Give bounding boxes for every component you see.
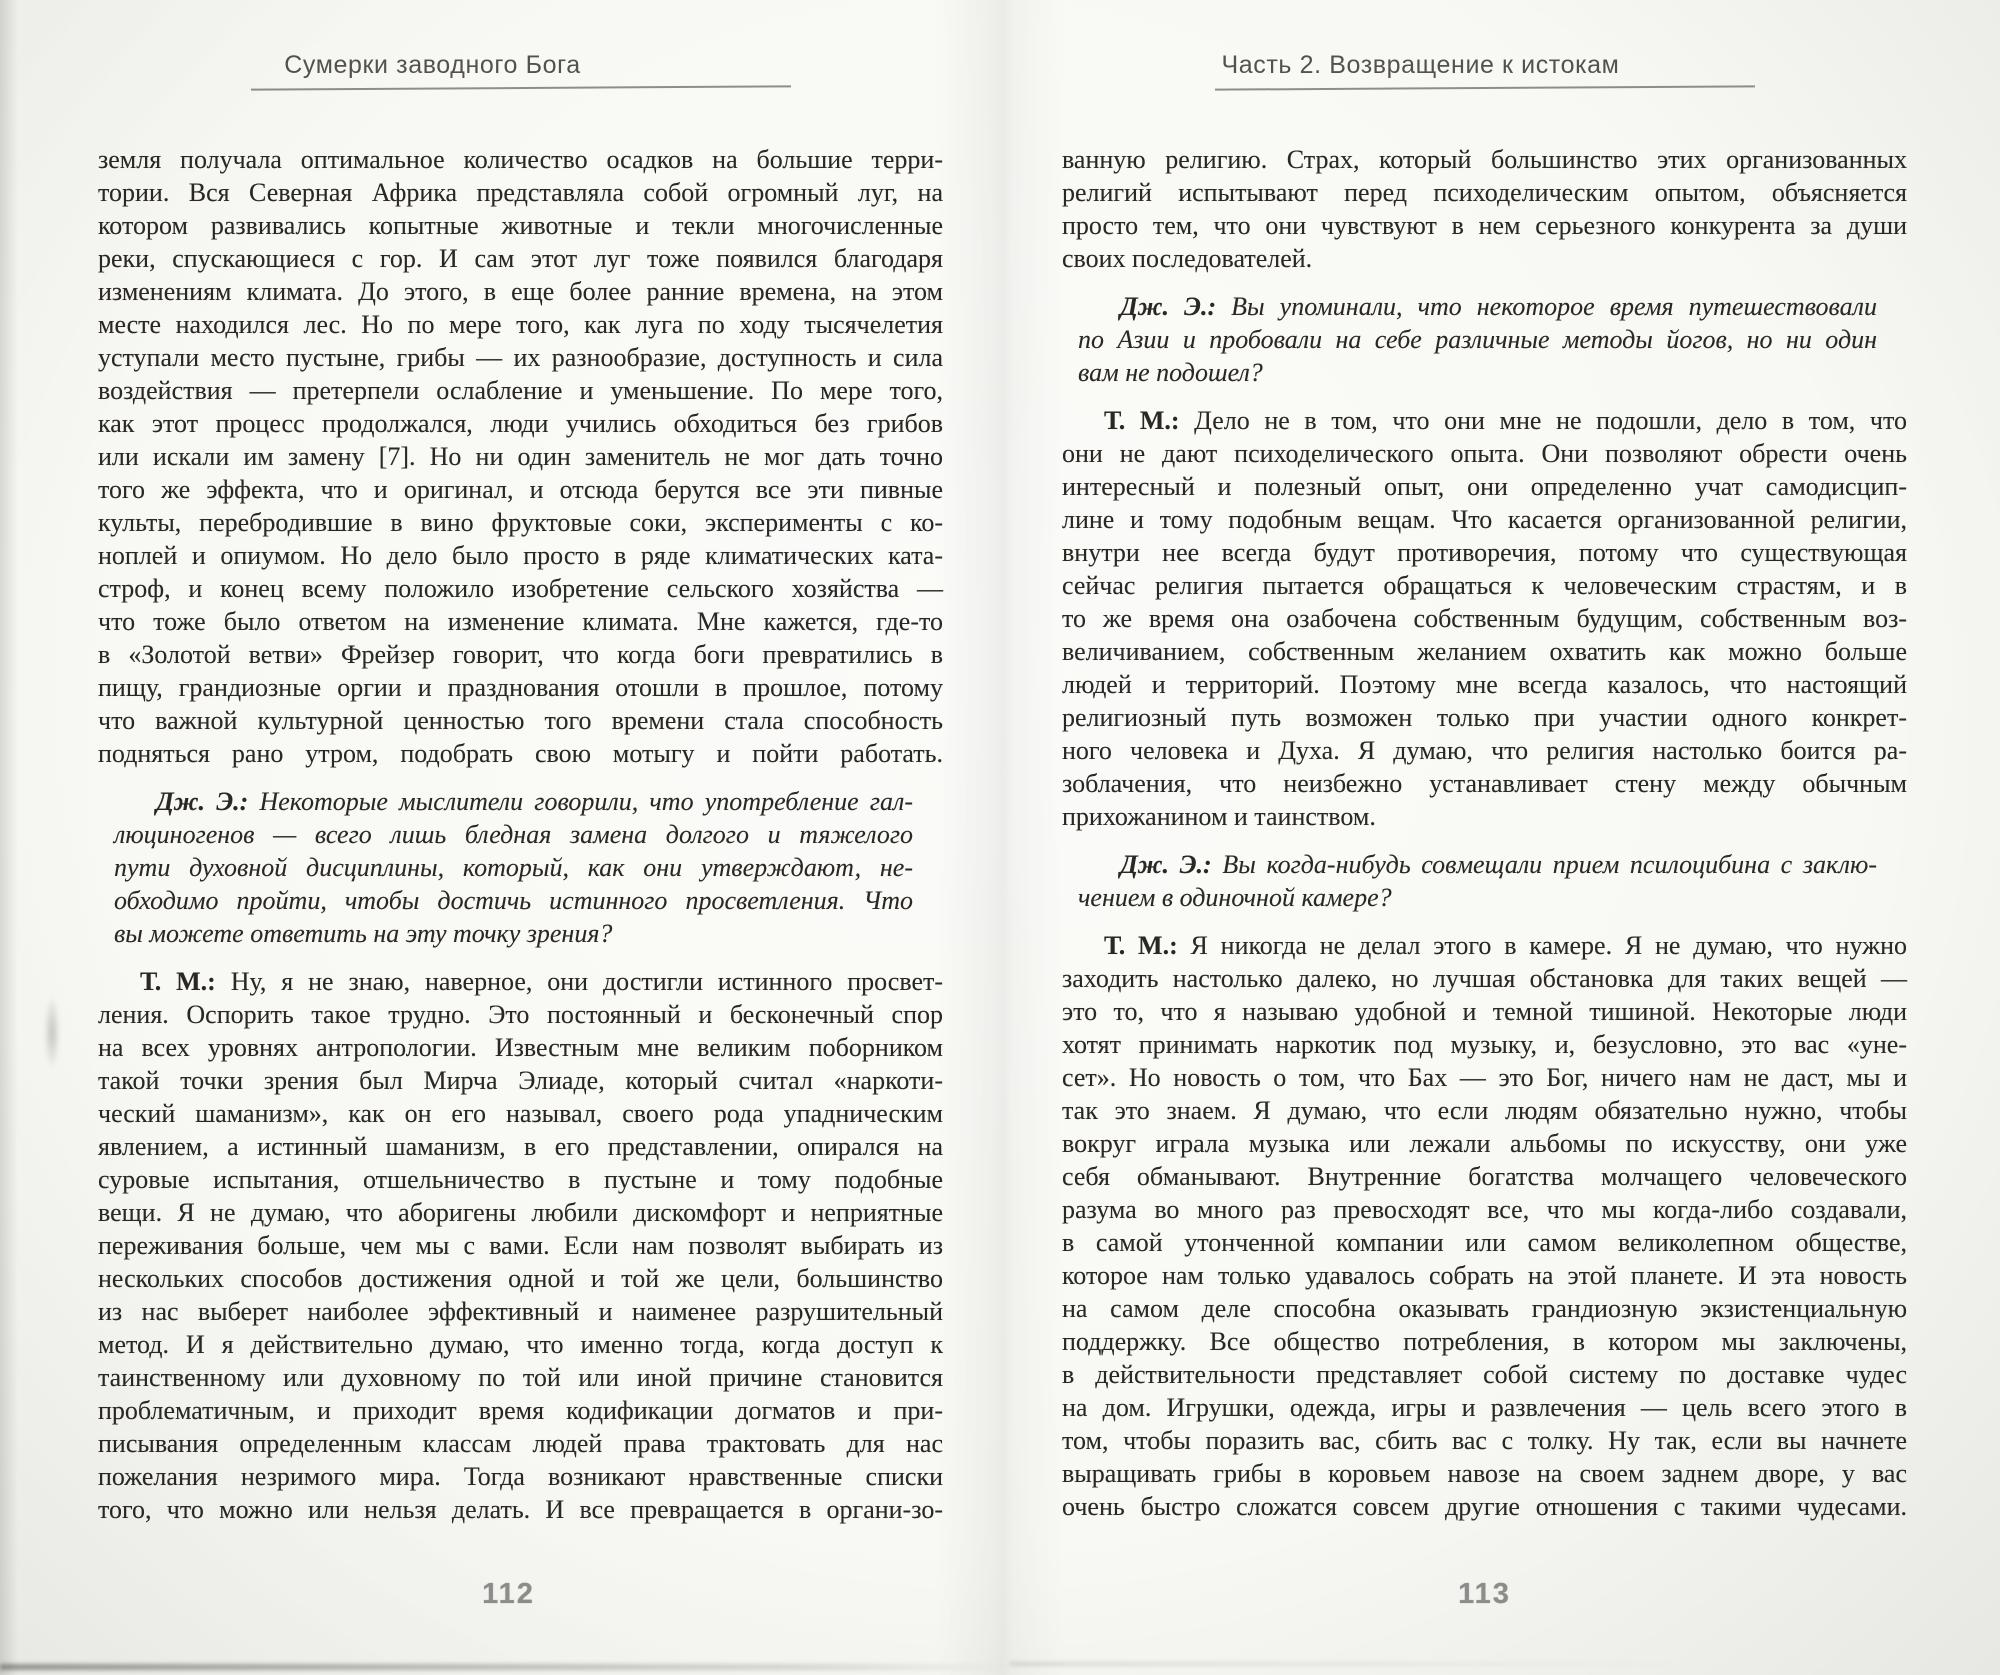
text-line: зоблачения, что неизбежно устанавливает … [1062, 767, 1907, 800]
text-line: они не дают психоделического опыта. Они … [1062, 437, 1907, 470]
text-line: Т. М.: Ну, я не знаю, наверное, они дост… [98, 965, 943, 998]
text-line: по Азии и пробовали на себе различные ме… [1078, 323, 1877, 356]
text-line: это то, что я называю удобной и темной т… [1062, 995, 1907, 1028]
text-line: земля получала оптимальное количество ос… [98, 143, 943, 176]
right-header-title: Часть 2. Возвращение к истокам [998, 50, 1843, 80]
left-header-rule [250, 85, 790, 90]
text-line: заходить настолько далеко, но лучшая обс… [1062, 962, 1907, 995]
text-line: тории. Вся Северная Африка представляла … [98, 176, 943, 209]
text-line: ноплей и опиумом. Но дело было просто в … [98, 539, 943, 572]
text-line: разума во много раз превосходят все, что… [1062, 1193, 1907, 1226]
text-line: что важной культурной ценностью того вре… [98, 704, 943, 737]
text-line: людей и территорий. Поэтому мне всегда к… [1062, 668, 1907, 701]
text-line: ванную религию. Страх, который большинст… [1062, 143, 1907, 176]
left-page: Сумерки заводного Бога земля получала оп… [0, 0, 1000, 1675]
left-page-number: 112 [86, 1578, 931, 1611]
page-gutter-shadow [935, 0, 1065, 1675]
scan-smudge [44, 995, 60, 1070]
text-line: месте находился лес. Но по мере того, ка… [98, 308, 943, 341]
text-line: проблематичным, и приходит время кодифик… [98, 1394, 943, 1427]
text-line: переживания больше, чем мы с вами. Если … [98, 1229, 943, 1262]
text-line: как этот процесс продолжался, люди учили… [98, 407, 943, 440]
right-page: Часть 2. Возвращение к истокам ванную ре… [1000, 0, 2000, 1675]
text-line: что тоже было ответом на изменение клима… [98, 605, 943, 638]
interviewer-paragraph: Дж. Э.: Некоторые мыслители говорили, чт… [114, 785, 913, 950]
text-line: вещи. Я не думаю, что аборигены любили д… [98, 1196, 943, 1229]
text-line: Т. М.: Дело не в том, что они мне не под… [1062, 404, 1907, 437]
interviewer-paragraph: Дж. Э.: Вы упоминали, что некоторое врем… [1078, 290, 1877, 389]
text-line: интересный и полезный опыт, они определе… [1062, 470, 1907, 503]
text-line: лине и тому подобным вещам. Что касается… [1062, 503, 1907, 536]
interviewer-paragraph: Дж. Э.: Вы когда-нибудь совмещали прием … [1078, 848, 1877, 914]
bottom-book-shadow-right [1010, 1662, 1970, 1666]
right-header-rule [1214, 85, 1754, 90]
text-line: в самой утонченной компании или самом ве… [1062, 1226, 1907, 1259]
text-line: того же эффекта, что и оригинал, и отсюд… [98, 473, 943, 506]
text-line: воздействия — претерпели ослабление и ум… [98, 374, 943, 407]
speaker-label: Дж. Э.: [1120, 292, 1216, 321]
text-line: суровые испытания, отшельничество в пуст… [98, 1163, 943, 1196]
text-line: то же время она озабочена собственным бу… [1062, 602, 1907, 635]
left-running-header: Сумерки заводного Бога [98, 50, 943, 89]
text-line: или искали им замену [7]. Но ни один зам… [98, 440, 943, 473]
book-spread: Сумерки заводного Бога земля получала оп… [0, 0, 2000, 1675]
text-line: в действительности представляет собой си… [1062, 1358, 1907, 1391]
text-line: просто тем, что они чувствуют в нем серь… [1062, 209, 1907, 242]
text-line: Дж. Э.: Вы когда-нибудь совмещали прием … [1078, 848, 1877, 881]
text-line: сейчас религия пытается обращаться к чел… [1062, 569, 1907, 602]
text-line: вы можете ответить на эту точку зрения? [114, 917, 913, 950]
left-text-column: земля получала оптимальное количество ос… [98, 143, 943, 1526]
speaker-label: Т. М.: [1104, 406, 1180, 435]
text-line: котором развивались копытные животные и … [98, 209, 943, 242]
answer-paragraph: Т. М.: Ну, я не знаю, наверное, они дост… [98, 965, 943, 1526]
text-line: обходимо пройти, чтобы достичь истинного… [114, 884, 913, 917]
text-line: подняться рано утром, подобрать свою мот… [98, 737, 943, 770]
text-line: прихожанином и таинством. [1062, 800, 1907, 833]
text-line: Т. М.: Я никогда не делал этого в камере… [1062, 929, 1907, 962]
speaker-label: Т. М.: [1104, 931, 1178, 960]
body-paragraph: ванную религию. Страх, который большинст… [1062, 143, 1907, 275]
text-line: того, что можно или нельзя делать. И все… [98, 1493, 943, 1526]
answer-paragraph: Т. М.: Дело не в том, что они мне не под… [1062, 404, 1907, 833]
text-line: внутри нее всегда будут противоречия, по… [1062, 536, 1907, 569]
text-line: пищу, грандиозные оргии и празднования о… [98, 671, 943, 704]
right-running-header: Часть 2. Возвращение к истокам [1062, 50, 1907, 89]
text-line: в «Золотой ветви» Фрейзер говорит, что к… [98, 638, 943, 671]
text-line: ления. Оспорить такое трудно. Это постоя… [98, 998, 943, 1031]
text-line: сет». Но новость о том, что Бах — это Бо… [1062, 1061, 1907, 1094]
text-line: так это знаем. Я думаю, что если людям о… [1062, 1094, 1907, 1127]
text-line: реки, спускающиеся с гор. И сам этот луг… [98, 242, 943, 275]
text-line: вокруг играла музыка или лежали альбомы … [1062, 1127, 1907, 1160]
text-line: люциногенов — всего лишь бледная замена … [114, 818, 913, 851]
text-line: очень быстро сложатся совсем другие отно… [1062, 1490, 1907, 1523]
text-line: хотят принимать наркотик под музыку, и, … [1062, 1028, 1907, 1061]
text-line: Дж. Э.: Некоторые мыслители говорили, чт… [114, 785, 913, 818]
text-line: которое нам только удавалось собрать на … [1062, 1259, 1907, 1292]
speaker-label: Т. М.: [140, 967, 216, 996]
text-line: выращивать грибы в коровьем навозе на св… [1062, 1457, 1907, 1490]
text-line: из нас выберет наиболее эффективный и на… [98, 1295, 943, 1328]
text-line: изменениям климата. До этого, в еще боле… [98, 275, 943, 308]
text-line: строф, и конец всему положило изобретени… [98, 572, 943, 605]
text-line: пожелания незримого мира. Тогда возникаю… [98, 1460, 943, 1493]
speaker-label: Дж. Э.: [1120, 850, 1212, 879]
text-line: явлением, а истинный шаманизм, в его пре… [98, 1130, 943, 1163]
text-line: на всех уровнях антропологии. Известным … [98, 1031, 943, 1064]
text-line: ческий шаманизм», как он его называл, св… [98, 1097, 943, 1130]
text-line: своих последователей. [1062, 242, 1907, 275]
text-line: на самом деле способна оказывать грандио… [1062, 1292, 1907, 1325]
right-text-column: ванную религию. Страх, который большинст… [1062, 143, 1907, 1523]
text-line: на дом. Игрушки, одежда, игры и развлече… [1062, 1391, 1907, 1424]
left-header-title: Сумерки заводного Бога [10, 50, 855, 80]
text-line: вам не подошел? [1078, 356, 1877, 389]
text-line: метод. И я действительно думаю, что имен… [98, 1328, 943, 1361]
right-page-number: 113 [1062, 1578, 1907, 1611]
text-line: культы, перебродившие в вино фруктовые с… [98, 506, 943, 539]
text-line: поддержку. Все общество потребления, в к… [1062, 1325, 1907, 1358]
text-line: пути духовной дисциплины, который, как о… [114, 851, 913, 884]
body-paragraph: земля получала оптимальное количество ос… [98, 143, 943, 770]
left-page-edge [0, 0, 18, 1675]
text-line: таинственному или духовному по той или и… [98, 1361, 943, 1394]
text-line: писывания определенным классам людей пра… [98, 1427, 943, 1460]
text-line: себя обманывают. Внутренние богатства мо… [1062, 1160, 1907, 1193]
bottom-book-shadow-left [0, 1664, 1010, 1670]
text-line: религий испытывают перед психоделическим… [1062, 176, 1907, 209]
text-line: ного человека и Духа. Я думаю, что религ… [1062, 734, 1907, 767]
text-line: нескольких способов достижения одной и т… [98, 1262, 943, 1295]
answer-paragraph: Т. М.: Я никогда не делал этого в камере… [1062, 929, 1907, 1523]
text-line: Дж. Э.: Вы упоминали, что некоторое врем… [1078, 290, 1877, 323]
text-line: величиванием, собственным желанием охват… [1062, 635, 1907, 668]
text-line: такой точки зрения был Мирча Элиаде, кот… [98, 1064, 943, 1097]
text-line: чением в одиночной камере? [1078, 881, 1877, 914]
text-line: религиозный путь возможен только при уча… [1062, 701, 1907, 734]
text-line: том, чтобы поразить вас, сбить вас с тол… [1062, 1424, 1907, 1457]
text-line: уступали место пустыне, грибы — их разно… [98, 341, 943, 374]
speaker-label: Дж. Э.: [156, 787, 248, 816]
